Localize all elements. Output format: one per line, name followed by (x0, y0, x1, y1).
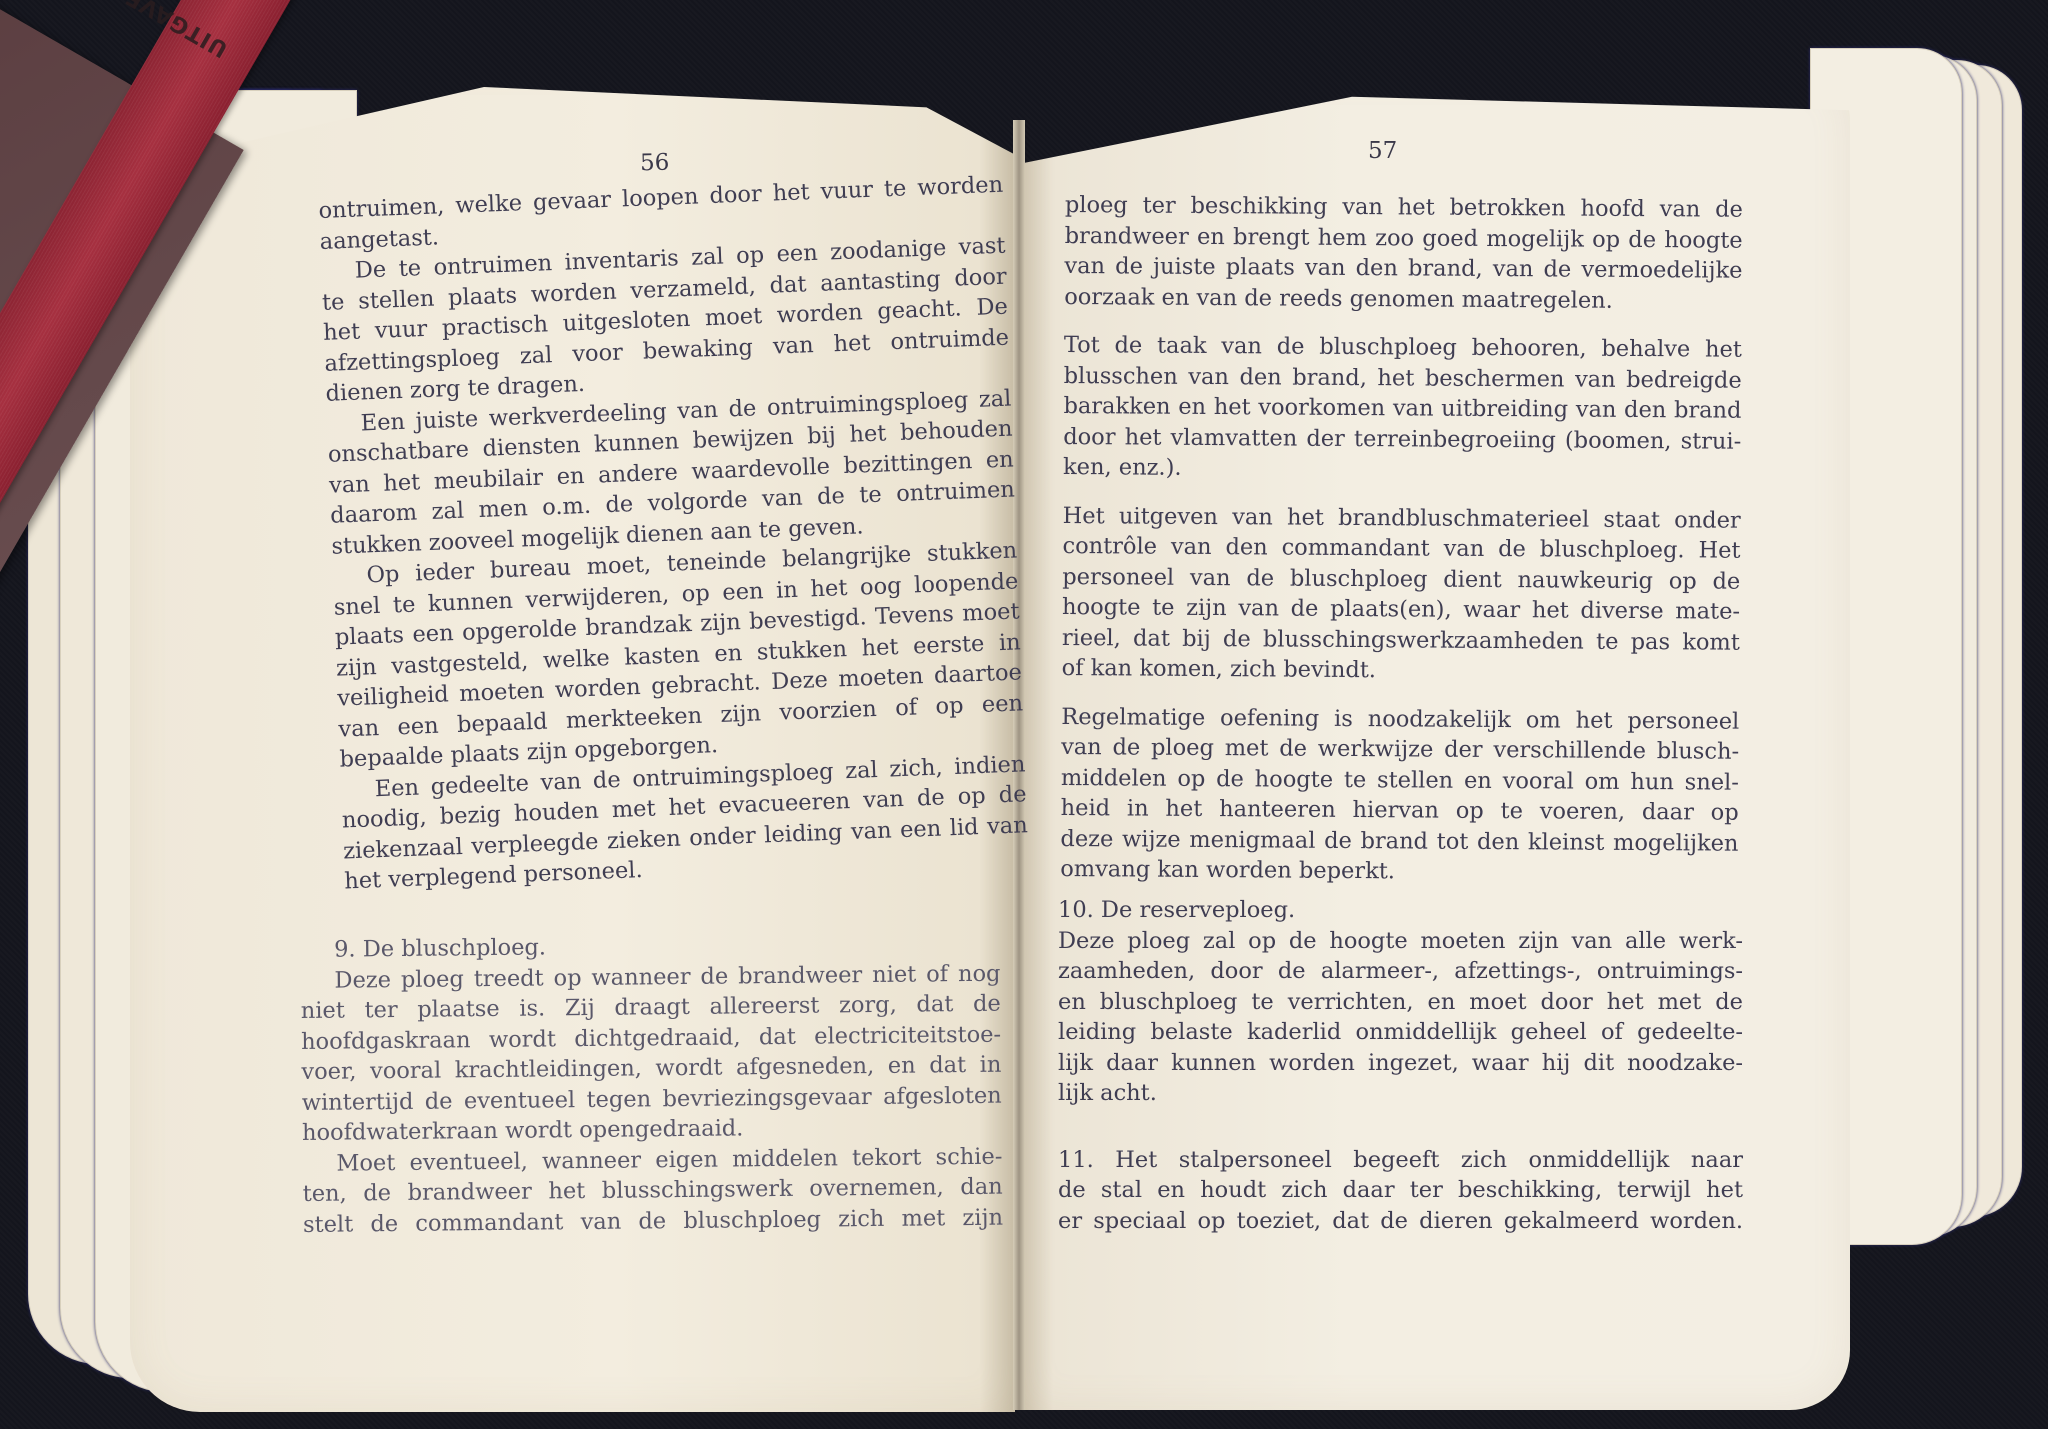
text-line: heid in het hanteeren hiervan op te voer… (1061, 793, 1739, 828)
text-line: zaamheden, door de alarmeer-, afzettings… (1058, 956, 1743, 987)
text-line: brandweer en brengt hem zoo goed mogelij… (1065, 220, 1743, 255)
text-line: lijk acht. (1058, 1078, 1743, 1109)
text-line: ploeg ter beschikking van het betrokken … (1065, 190, 1743, 225)
text-line: omvang kan worden beperkt. (1060, 854, 1738, 889)
text-line: lijk daar kunnen worden ingezet, waar hi… (1058, 1048, 1743, 1079)
text-line: hoogte te zijn van de plaats(en), waar h… (1062, 592, 1740, 627)
text-line: of kan komen, zich bevindt. (1062, 653, 1740, 688)
text-line: oorzaak en van de reeds genomen maatrege… (1064, 281, 1742, 316)
text-line: barakken en het voorkomen van uitbreidin… (1063, 391, 1741, 426)
left-page-body-upper: ontruimen, welke gevaar loopen door het … (318, 170, 1029, 897)
text-line: middelen op de hoogte te stellen en voor… (1061, 762, 1739, 797)
text-line: Tot de taak van de bluschploeg behooren,… (1064, 330, 1742, 365)
page-number-left: 56 (640, 150, 670, 177)
left-page-body-lower: 9. De bluschploeg. Deze ploeg treedt op … (300, 928, 1003, 1240)
text-line: Deze ploeg zal op de hoogte moeten zijn … (1058, 926, 1743, 957)
text-line: Regelmatige oefening is noodzakelijk om … (1061, 701, 1739, 736)
right-page-body-lower: 10. De reserveploeg. Deze ploeg zal op d… (1058, 895, 1743, 1236)
text-line: door het vlamvatten der terreinbegroeiin… (1063, 421, 1741, 456)
text-line: van de ploeg met de werkwijze der versch… (1061, 732, 1739, 767)
text-line: ken, enz.). (1063, 452, 1741, 487)
text-line: en bluschploeg te verrichten, en moet do… (1058, 987, 1743, 1018)
right-page-body-upper: ploeg ter beschikking van het betrokken … (1060, 190, 1743, 889)
text-line: contrôle van den commandant van de blusc… (1062, 531, 1740, 566)
text-line: leiding belaste kaderlid onmiddellijk ge… (1058, 1017, 1743, 1048)
page-number-right: 57 (1368, 138, 1397, 164)
text-line: deze wijze menigmaal de brand tot den kl… (1060, 823, 1738, 858)
text-line: de stal en houdt zich daar ter beschikki… (1058, 1175, 1743, 1206)
text-line: van de juiste plaats van den brand, van … (1064, 251, 1742, 286)
section-heading-10: 10. De reserveploeg. (1058, 895, 1743, 926)
section-11-line: 11. Het stalpersoneel begeeft zich onmid… (1058, 1145, 1743, 1176)
text-line: er speciaal op toeziet, dat de dieren ge… (1058, 1206, 1743, 1237)
text-line: rieel, dat bij de blusschingswerkzaamhed… (1062, 622, 1740, 657)
text-line: blusschen van den brand, het beschermen … (1064, 360, 1742, 395)
text-line: Het uitgeven van het brandbluschmateriee… (1063, 500, 1741, 535)
text-line: personeel van de bluschploeg dient nauwk… (1062, 561, 1740, 596)
